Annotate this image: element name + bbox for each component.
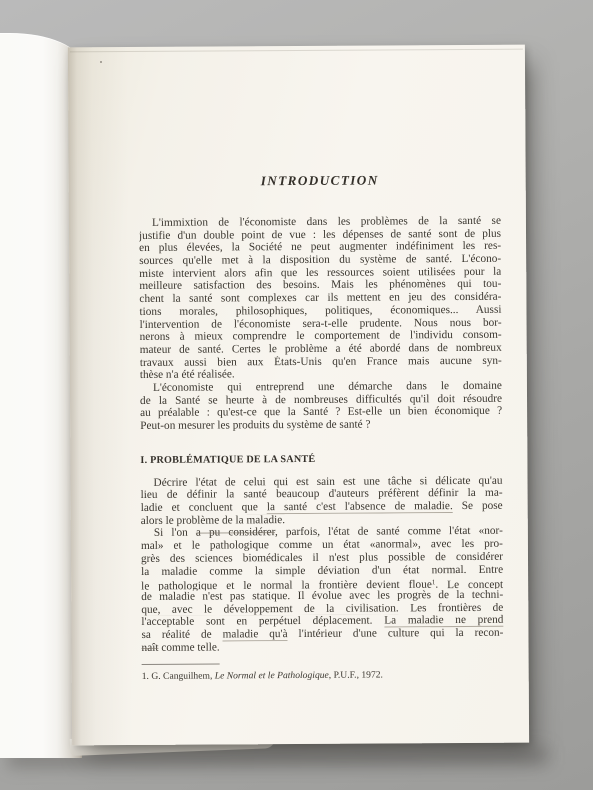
text-line: sa réalité de maladie qu'à l'intérieur d… (141, 627, 503, 642)
right-page: INTRODUCTION L'immixtion de l'économiste… (68, 45, 529, 746)
body-text: L'immixtion de l'économiste dans les pro… (139, 215, 504, 683)
page-title: INTRODUCTION (139, 172, 501, 190)
footnote-rule (142, 664, 220, 665)
text-line: ladie et concluent que la santé c'est l'… (141, 500, 503, 515)
text-line: naît comme telle. (142, 639, 504, 654)
book-photo: INTRODUCTION L'immixtion de l'économiste… (0, 0, 593, 790)
paragraph: L'immixtion de l'économiste dans les pro… (139, 215, 502, 382)
paragraph: L'économiste qui entreprend une démarche… (140, 380, 502, 433)
footnote-text: 1. G. Canguilhem, Le Normal et le Pathol… (142, 669, 504, 682)
dust-speck (100, 61, 102, 63)
section-heading: I. PROBLÉMATIQUE DE LA SANTÉ (140, 452, 502, 465)
text-line: Peut-on mesurer les produits du système … (140, 418, 502, 433)
text-line: travaux aussi bien aux États-Unis qu'en … (140, 354, 502, 369)
paragraph: Décrire l'état de celui qui est sain est… (140, 474, 502, 527)
text-line: au préalable : qu'est-ce que la Santé ? … (140, 405, 502, 420)
paragraph: Si l'on a pu considérer, parfois, l'état… (141, 525, 504, 654)
